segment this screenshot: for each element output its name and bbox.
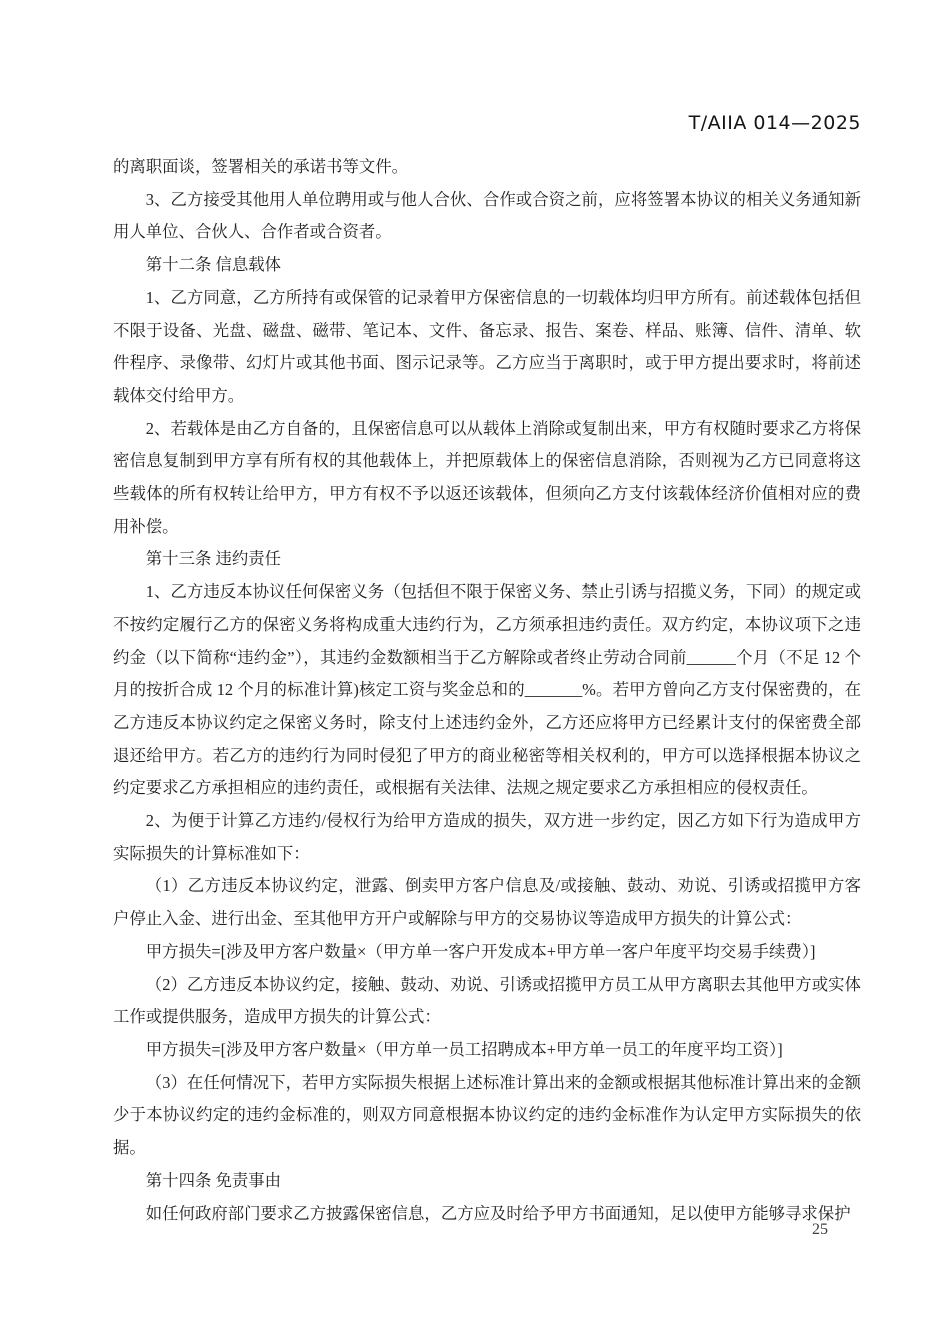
page-number: 25 [798,1221,842,1239]
standard-number: T/AIIA 014—2025 [689,112,861,134]
page-header: T/AIIA 014—2025 [113,112,861,134]
formula-line: 甲方损失=[涉及甲方客户数量×（甲方单一客户开发成本+甲方单一客户年度平均交易手… [113,936,861,969]
document-paragraph: 2、若载体是由乙方自备的，且保密信息可以从载体上消除或复制出来，甲方有权随时要求… [113,413,861,544]
document-paragraph: 1、乙方同意，乙方所持有或保管的记录着甲方保密信息的一切载体均归甲方所有。前述载… [113,282,861,413]
document-paragraph: 3、乙方接受其他用人单位聘用或与他人合伙、合作或合资之前，应将签署本协议的相关义… [113,184,861,249]
document-body: 的离职面谈，签署相关的承诺书等文件。3、乙方接受其他用人单位聘用或与他人合伙、合… [113,151,861,1230]
document-paragraph: 1、乙方违反本协议任何保密义务（包括但不限于保密义务、禁止引诱与招揽义务，下同）… [113,576,861,805]
section-heading: 第十三条 违约责任 [113,543,861,576]
formula-line: 甲方损失=[涉及甲方客户数量×（甲方单一员工招聘成本+甲方单一员工的年度平均工资… [113,1034,861,1067]
section-heading: 第十四条 免责事由 [113,1165,861,1198]
section-heading: 第十二条 信息载体 [113,249,861,282]
document-paragraph: 2、为便于计算乙方违约/侵权行为给甲方造成的损失，双方进一步约定，因乙方如下行为… [113,805,861,870]
document-page: T/AIIA 014—2025 的离职面谈，签署相关的承诺书等文件。3、乙方接受… [0,0,945,1336]
document-paragraph: （3）在任何情况下，若甲方实际损失根据上述标准计算出来的金额或根据其他标准计算出… [113,1067,861,1165]
document-paragraph: （2）乙方违反本协议约定，接触、鼓动、劝说、引诱或招揽甲方员工从甲方离职去其他甲… [113,969,861,1034]
continuation-paragraph: 的离职面谈，签署相关的承诺书等文件。 [113,151,861,184]
document-paragraph: 如任何政府部门要求乙方披露保密信息，乙方应及时给予甲方书面通知，足以使甲方能够寻… [113,1198,861,1231]
document-paragraph: （1）乙方违反本协议约定，泄露、倒卖甲方客户信息及/或接触、鼓动、劝说、引诱或招… [113,870,861,935]
